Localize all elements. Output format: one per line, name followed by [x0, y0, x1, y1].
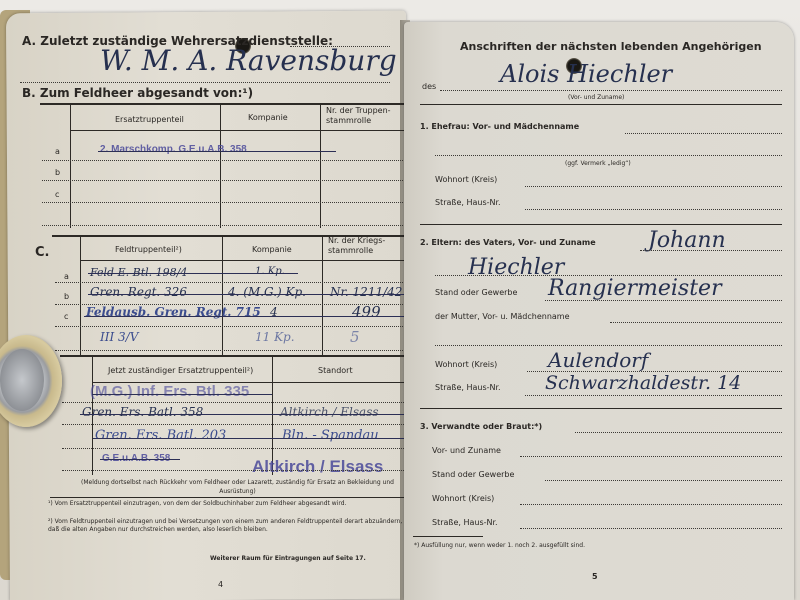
- relatives-name-label: Vor- und Zuname: [432, 446, 501, 455]
- coin-eagle-icon: [0, 349, 44, 411]
- spouse-label: 1. Ehefrau: Vor- und Mädchenname: [420, 122, 579, 131]
- dotted-line: [55, 326, 407, 327]
- row-letter: b: [64, 292, 69, 301]
- dotted-line: [525, 186, 782, 187]
- row-unit: 2. Marschkomp. G.E.u.A.B. 358: [100, 144, 247, 155]
- row-letter: a: [64, 272, 69, 281]
- col-header: Kompanie: [248, 113, 288, 122]
- footnote-rule: [50, 497, 408, 498]
- parents-street-label: Straße, Haus-Nr.: [435, 383, 501, 392]
- dotted-line: [435, 155, 782, 156]
- replacement-location: Bln. - Spandau: [282, 428, 379, 443]
- dotted-line: [55, 282, 407, 283]
- right-footnote: *) Ausfüllung nur, wenn weder 1. noch 2.…: [414, 542, 585, 549]
- section-rule: [420, 408, 782, 409]
- replacement-unit: Gren. Ers. Batl. 358: [82, 405, 203, 419]
- parents-residence: Aulendorf: [548, 348, 648, 372]
- dotted-line: [42, 160, 407, 161]
- replacement-location: Altkirch / Elsass: [280, 405, 379, 419]
- row-letter: c: [64, 312, 68, 321]
- col-header: Standort: [318, 366, 353, 375]
- row-unit: Gren. Regt. 326: [90, 285, 187, 299]
- dotted-line: [575, 432, 782, 433]
- table-rule: [320, 103, 321, 228]
- col-header: Feldtruppenteil²): [115, 245, 182, 254]
- dotted-line: [62, 448, 408, 449]
- right-page-title: Anschriften der nächsten lebenden Angehö…: [460, 40, 762, 53]
- strikethrough: [93, 438, 408, 439]
- spouse-caption: (ggf. Vermerk „ledig“): [565, 160, 631, 167]
- row-letter: b: [55, 168, 60, 177]
- footnote-1: ¹) Vom Ersatztruppenteil einzutragen, vo…: [48, 500, 408, 508]
- des-caption: (Vor- und Zuname): [568, 94, 624, 101]
- dotted-line: [20, 82, 390, 83]
- dotted-line: [610, 322, 782, 323]
- spouse-street-label: Straße, Haus-Nr.: [435, 198, 501, 207]
- row-roll-no: Nr. 1211/42: [330, 285, 402, 299]
- strikethrough: [100, 459, 180, 460]
- replacement-location-stamp: Altkirch / Elsass: [252, 457, 383, 477]
- replacement-unit: Gren. Ers. Batl. 203: [95, 428, 226, 443]
- row-company: 4. (M.G.) Kp.: [228, 285, 306, 299]
- section-c-label: C.: [35, 245, 49, 260]
- section-rule: [420, 224, 782, 225]
- table-rule: [40, 103, 408, 105]
- parents-street: Schwarzhaldestr. 14: [545, 372, 741, 394]
- dotted-line: [42, 180, 407, 181]
- table-rule: [222, 235, 223, 355]
- parents-residence-label: Wohnort (Kreis): [435, 360, 497, 369]
- page-number: 5: [592, 572, 598, 581]
- dotted-line: [545, 300, 782, 301]
- dotted-line: [545, 480, 782, 481]
- col-header: Kompanie: [252, 245, 292, 254]
- col-header: Jetzt zuständiger Ersatztruppenteil²): [108, 366, 253, 375]
- col-header: Ersatztruppenteil: [115, 115, 184, 124]
- footnote-2: ²) Vom Feldtruppenteil einzutragen und b…: [48, 518, 408, 534]
- strikethrough: [88, 273, 298, 274]
- des-label: des: [422, 82, 436, 91]
- relatives-street-label: Straße, Haus-Nr.: [432, 518, 498, 527]
- replacement-note: (Meldung dortselbst nach Rückkehr vom Fe…: [70, 478, 405, 496]
- dotted-line: [42, 202, 407, 203]
- col-header: Nr. der Truppen-stammrolle: [326, 106, 404, 126]
- row-roll-no: 5: [350, 328, 360, 346]
- dotted-line: [525, 209, 782, 210]
- des-value: Alois Hiechler: [500, 60, 672, 88]
- dotted-line: [525, 395, 782, 396]
- mother-label: der Mutter, Vor- u. Mädchenname: [435, 312, 570, 321]
- table-rule: [322, 235, 323, 355]
- strikethrough: [80, 414, 408, 415]
- row-company: 11 Kp.: [255, 330, 295, 344]
- table-rule: [80, 260, 408, 261]
- page-number: 4: [218, 580, 223, 589]
- section-b-label: B. Zum Feldheer abgesandt von:¹): [22, 86, 253, 100]
- further-space-note: Weiterer Raum für Eintragungen auf Seite…: [210, 555, 366, 562]
- section-a-handwritten: W. M. A. Ravensburg: [100, 44, 397, 77]
- row-letter: c: [55, 190, 59, 199]
- relatives-occupation-label: Stand oder Gewerbe: [432, 470, 514, 479]
- dotted-line: [42, 225, 407, 226]
- dotted-line: [62, 424, 408, 425]
- father-occupation: Rangiermeister: [548, 276, 722, 301]
- table-rule: [80, 235, 81, 355]
- dotted-line: [625, 133, 782, 134]
- dotted-line: [520, 528, 782, 529]
- footnote-rule: [413, 536, 483, 537]
- dotted-line: [640, 250, 782, 251]
- table-rule: [60, 355, 408, 357]
- relatives-residence-label: Wohnort (Kreis): [432, 494, 494, 503]
- row-unit: III 3/V: [100, 330, 138, 344]
- dotted-line: [520, 456, 782, 457]
- dotted-line: [435, 345, 782, 346]
- col-header: Nr. der Kriegs-stammrolle: [328, 236, 406, 256]
- relatives-label: 3. Verwandte oder Braut:*): [420, 422, 542, 431]
- strikethrough: [92, 394, 272, 395]
- row-company: 1. Kp.: [255, 266, 285, 277]
- dotted-line: [440, 90, 782, 91]
- table-rule: [70, 130, 408, 131]
- table-rule: [220, 103, 221, 228]
- table-rule: [70, 103, 71, 228]
- strikethrough: [88, 294, 408, 295]
- row-letter: a: [55, 147, 60, 156]
- right-page: [404, 22, 794, 600]
- dotted-line: [55, 350, 407, 351]
- spouse-residence-label: Wohnort (Kreis): [435, 175, 497, 184]
- strikethrough: [84, 316, 408, 317]
- section-rule: [420, 104, 782, 105]
- replacement-unit: (M.G.) Inf. Ers. Btl. 335: [90, 383, 249, 400]
- dotted-line: [62, 402, 408, 403]
- dotted-line: [62, 470, 408, 471]
- strikethrough: [98, 151, 336, 152]
- row-roll-no: 499: [352, 303, 381, 321]
- occupation-label: Stand oder Gewerbe: [435, 288, 517, 297]
- parents-label: 2. Eltern: des Vaters, Vor- und Zuname: [420, 238, 596, 247]
- dotted-line: [520, 504, 782, 505]
